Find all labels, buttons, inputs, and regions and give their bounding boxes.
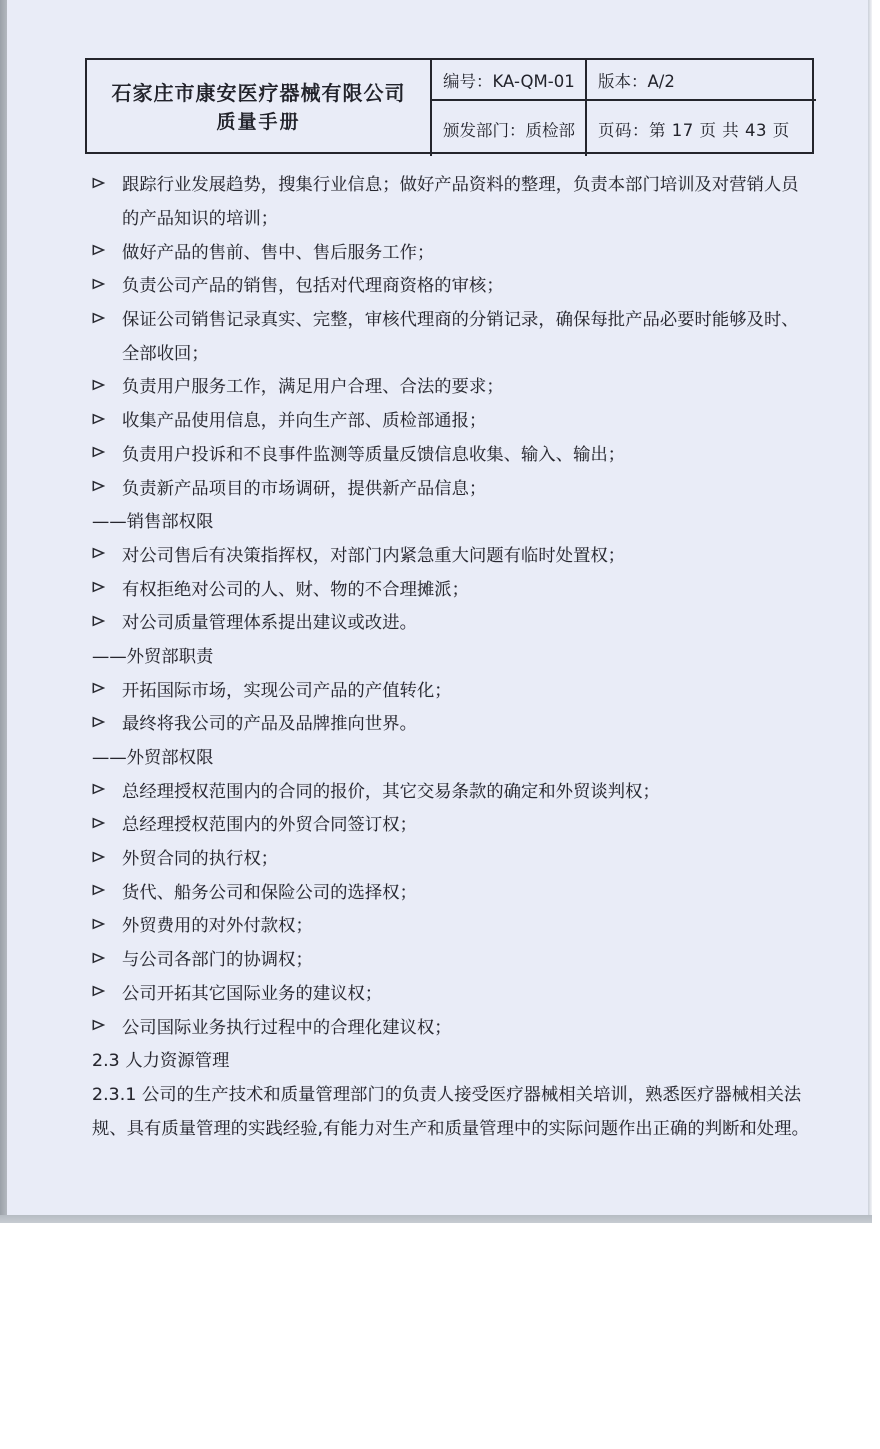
line-text: 负责用户投诉和不良事件监测等质量反馈信息收集、输入、输出； [122, 440, 625, 465]
section-label: ——外贸部职责 [92, 638, 817, 672]
line-text: 公司国际业务执行过程中的合理化建议权； [122, 1013, 452, 1038]
list-item: 做好产品的售前、售中、售后服务工作； [92, 233, 817, 267]
bullet-arrow-icon [92, 682, 122, 694]
line-text: ——销售部权限 [92, 507, 213, 532]
paragraph-line: 规、具有质量管理的实践经验,有能力对生产和质量管理中的实际问题作出正确的判断和处… [92, 1109, 817, 1143]
line-text: 总经理授权范围内的合同的报价，其它交易条款的确定和外贸谈判权； [122, 777, 660, 802]
list-item: 对公司售后有决策指挥权，对部门内紧急重大问题有临时处置权； [92, 537, 817, 571]
list-item: 货代、船务公司和保险公司的选择权； [92, 873, 817, 907]
list-item: 最终将我公司的产品及品牌推向世界。 [92, 705, 817, 739]
page-info: 页码：第 17 页 共 43 页 [598, 117, 790, 141]
list-item: 保证公司销售记录真实、完整，审核代理商的分销记录，确保每批产品必要时能够及时、 [92, 301, 817, 335]
list-item-continuation: 的产品知识的培训； [92, 200, 817, 234]
list-item: 开拓国际市场，实现公司产品的产值转化； [92, 671, 817, 705]
page-info-cell: 页码：第 17 页 共 43 页 [587, 101, 816, 156]
company-title-cell: 石家庄市康安医疗器械有限公司 质量手册 [87, 60, 432, 156]
bullet-arrow-icon [92, 413, 122, 425]
list-item-continuation: 全部收回； [92, 334, 817, 368]
list-item: 外贸费用的对外付款权； [92, 907, 817, 941]
scan-edge-right [868, 0, 872, 1215]
list-item: 负责用户服务工作，满足用户合理、合法的要求； [92, 368, 817, 402]
line-text: 保证公司销售记录真实、完整，审核代理商的分销记录，确保每批产品必要时能够及时、 [122, 305, 799, 330]
line-text: 总经理授权范围内的外贸合同签订权； [122, 810, 417, 835]
paragraph-line: 2.3.1 公司的生产技术和质量管理部门的负责人接受医疗器械相关培训，熟悉医疗器… [92, 1076, 817, 1110]
list-item: 负责新产品项目的市场调研，提供新产品信息； [92, 469, 817, 503]
bullet-arrow-icon [92, 379, 122, 391]
bullet-arrow-icon [92, 952, 122, 964]
bullet-arrow-icon [92, 547, 122, 559]
bullet-arrow-icon [92, 851, 122, 863]
list-item: 公司国际业务执行过程中的合理化建议权； [92, 1008, 817, 1042]
line-text: ——外贸部职责 [92, 642, 213, 667]
header-table: 石家庄市康安医疗器械有限公司 质量手册 编号：KA-QM-01 版本：A/2 颁… [85, 58, 814, 154]
bullet-arrow-icon [92, 312, 122, 324]
list-item: 总经理授权范围内的合同的报价，其它交易条款的确定和外贸谈判权； [92, 772, 817, 806]
version: 版本：A/2 [598, 68, 675, 92]
bullet-arrow-icon [92, 244, 122, 256]
line-text: 最终将我公司的产品及品牌推向世界。 [122, 709, 417, 734]
line-text: 货代、船务公司和保险公司的选择权； [122, 878, 417, 903]
list-item: 负责用户投诉和不良事件监测等质量反馈信息收集、输入、输出； [92, 436, 817, 470]
line-text: 负责公司产品的销售，包括对代理商资格的审核； [122, 271, 504, 296]
paragraph-line: 2.3 人力资源管理 [92, 1042, 817, 1076]
bullet-arrow-icon [92, 177, 122, 189]
bullet-arrow-icon [92, 581, 122, 593]
bullet-arrow-icon [92, 985, 122, 997]
line-text: 与公司各部门的协调权； [122, 945, 313, 970]
company-name: 石家庄市康安医疗器械有限公司 [112, 79, 406, 108]
bullet-arrow-icon [92, 278, 122, 290]
line-text: 收集产品使用信息，并向生产部、质检部通报； [122, 406, 486, 431]
doc-number-cell: 编号：KA-QM-01 [432, 60, 587, 101]
line-text: 的产品知识的培训； [122, 204, 278, 229]
issuing-dept-cell: 颁发部门：质检部 [432, 101, 587, 156]
list-item: 与公司各部门的协调权； [92, 941, 817, 975]
bullet-arrow-icon [92, 884, 122, 896]
section-label: ——销售部权限 [92, 503, 817, 537]
list-item: 对公司质量管理体系提出建议或改进。 [92, 604, 817, 638]
line-text: 对公司质量管理体系提出建议或改进。 [122, 608, 417, 633]
line-text: 负责用户服务工作，满足用户合理、合法的要求； [122, 372, 504, 397]
line-text: 规、具有质量管理的实践经验,有能力对生产和质量管理中的实际问题作出正确的判断和处… [92, 1114, 809, 1139]
line-text: 跟踪行业发展趋势，搜集行业信息；做好产品资料的整理，负责本部门培训及对营销人员 [122, 170, 799, 195]
document-body: 跟踪行业发展趋势，搜集行业信息；做好产品资料的整理，负责本部门培训及对营销人员的… [92, 166, 817, 1143]
line-text: 有权拒绝对公司的人、财、物的不合理摊派； [122, 575, 469, 600]
bullet-arrow-icon [92, 817, 122, 829]
bullet-arrow-icon [92, 716, 122, 728]
section-label: ——外贸部权限 [92, 739, 817, 773]
line-text: 公司开拓其它国际业务的建议权； [122, 979, 382, 1004]
line-text: 2.3 人力资源管理 [92, 1046, 229, 1071]
line-text: 负责新产品项目的市场调研，提供新产品信息； [122, 474, 486, 499]
line-text: 做好产品的售前、售中、售后服务工作； [122, 238, 434, 263]
list-item: 跟踪行业发展趋势，搜集行业信息；做好产品资料的整理，负责本部门培训及对营销人员 [92, 166, 817, 200]
issuing-dept: 颁发部门：质检部 [443, 117, 575, 141]
line-text: ——外贸部权限 [92, 743, 213, 768]
bullet-arrow-icon [92, 480, 122, 492]
list-item: 负责公司产品的销售，包括对代理商资格的审核； [92, 267, 817, 301]
bullet-arrow-icon [92, 446, 122, 458]
bullet-arrow-icon [92, 615, 122, 627]
bullet-arrow-icon [92, 918, 122, 930]
list-item: 公司开拓其它国际业务的建议权； [92, 975, 817, 1009]
manual-title: 质量手册 [216, 108, 300, 137]
scan-edge-left [0, 0, 7, 1223]
line-text: 对公司售后有决策指挥权，对部门内紧急重大问题有临时处置权； [122, 541, 625, 566]
line-text: 外贸费用的对外付款权； [122, 911, 313, 936]
line-text: 全部收回； [122, 339, 209, 364]
list-item: 收集产品使用信息，并向生产部、质检部通报； [92, 402, 817, 436]
list-item: 总经理授权范围内的外贸合同签订权； [92, 806, 817, 840]
list-item: 有权拒绝对公司的人、财、物的不合理摊派； [92, 570, 817, 604]
line-text: 开拓国际市场，实现公司产品的产值转化； [122, 676, 452, 701]
scan-edge-bottom [0, 1215, 872, 1223]
version-cell: 版本：A/2 [587, 60, 816, 101]
line-text: 外贸合同的执行权； [122, 844, 278, 869]
doc-number: 编号：KA-QM-01 [443, 68, 575, 92]
line-text: 2.3.1 公司的生产技术和质量管理部门的负责人接受医疗器械相关培训，熟悉医疗器… [92, 1080, 801, 1105]
bullet-arrow-icon [92, 783, 122, 795]
list-item: 外贸合同的执行权； [92, 840, 817, 874]
scanned-quality-manual-page: { "document": { "header": { "company_nam… [0, 0, 880, 1449]
paper-sheet: 石家庄市康安医疗器械有限公司 质量手册 编号：KA-QM-01 版本：A/2 颁… [7, 0, 868, 1215]
bullet-arrow-icon [92, 1019, 122, 1031]
